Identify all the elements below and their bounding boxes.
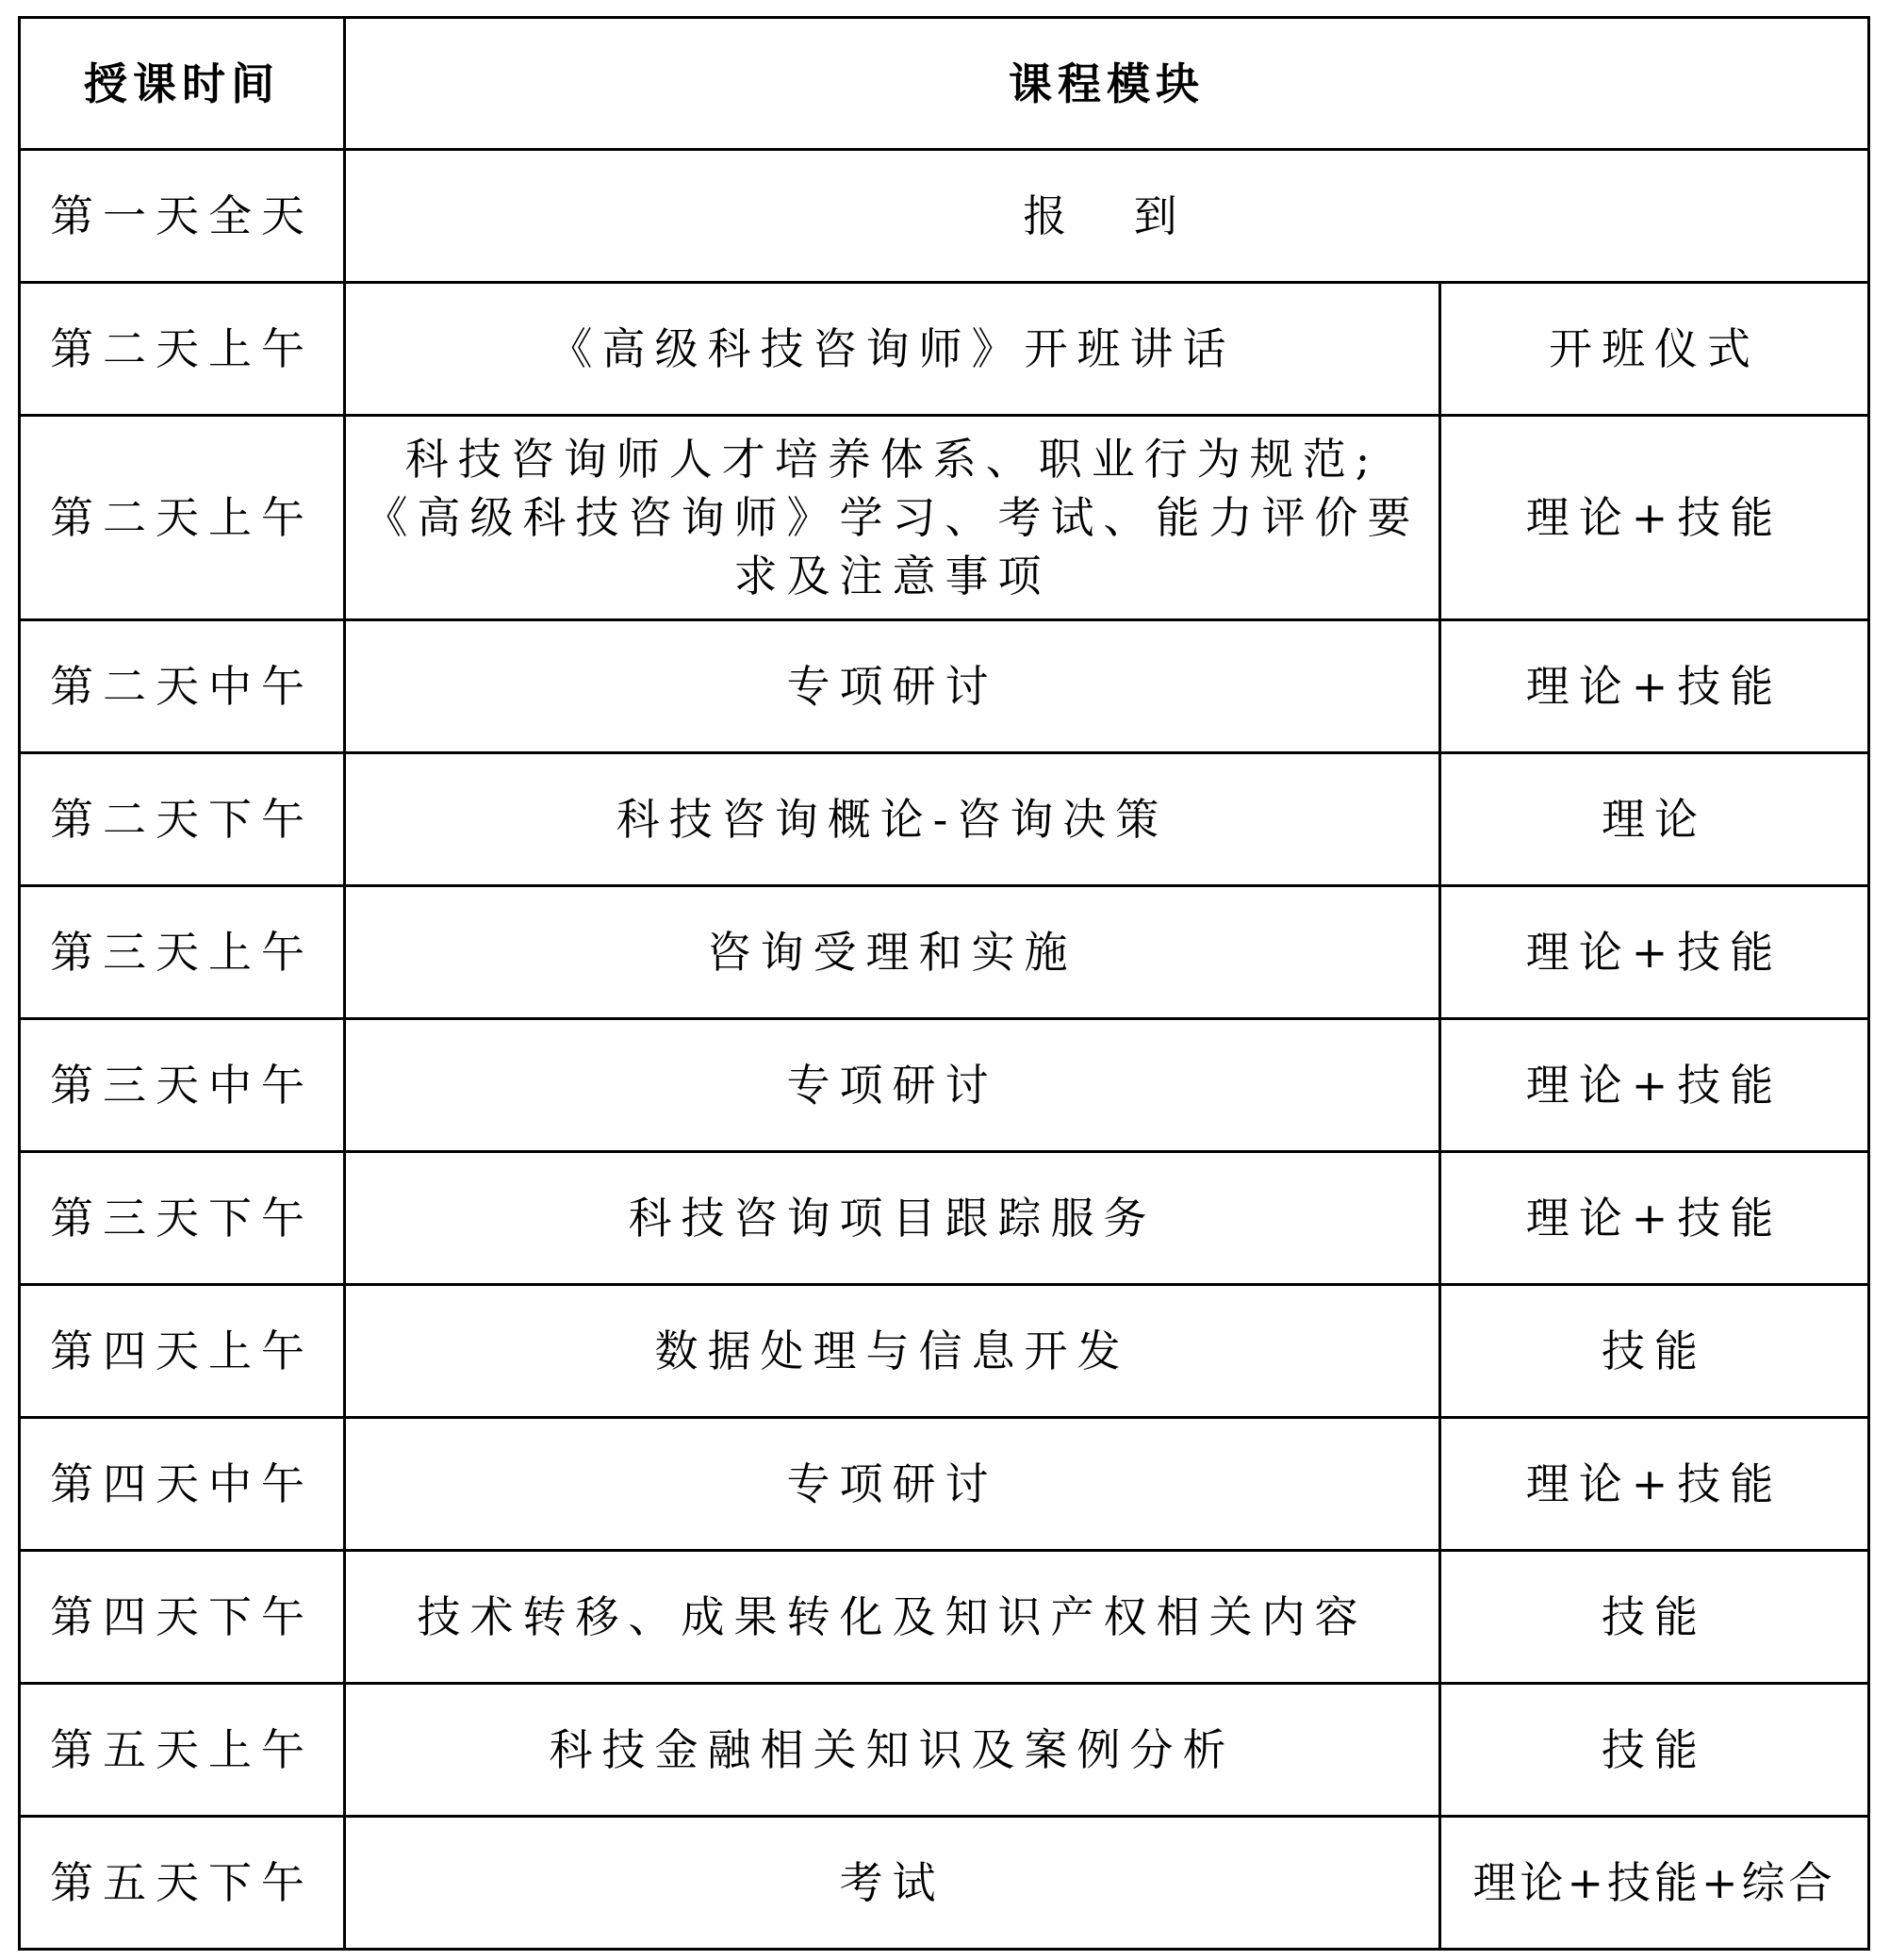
cell-content: 专项研讨: [345, 1418, 1440, 1551]
cell-time: 第二天下午: [20, 753, 345, 886]
cell-type: 理论+技能: [1440, 1152, 1869, 1285]
table-row: 第三天中午 专项研讨 理论+技能: [20, 1019, 1869, 1152]
cell-type: 理论+技能: [1440, 886, 1869, 1019]
cell-content: 技术转移、成果转化及知识产权相关内容: [345, 1551, 1440, 1684]
table-row: 第四天中午 专项研讨 理论+技能: [20, 1418, 1869, 1551]
table-row: 第二天上午 科技咨询师人才培养体系、职业行为规范;《高级科技咨询师》学习、考试、…: [20, 416, 1869, 620]
cell-time: 第五天下午: [20, 1817, 345, 1950]
cell-time: 第四天中午: [20, 1418, 345, 1551]
cell-content: 《高级科技咨询师》开班讲话: [345, 283, 1440, 416]
cell-type: 技能: [1440, 1551, 1869, 1684]
cell-content: 科技咨询概论-咨询决策: [345, 753, 1440, 886]
table-row: 第四天上午 数据处理与信息开发 技能: [20, 1285, 1869, 1418]
table-row: 第五天下午 考试 理论+技能+综合: [20, 1817, 1869, 1950]
cell-time: 第三天中午: [20, 1019, 345, 1152]
cell-type: 理论+技能: [1440, 620, 1869, 753]
cell-time: 第二天上午: [20, 416, 345, 620]
course-schedule-table: 授课时间 课程模块 第一天全天 报 到 第二天上午 《高级科技咨询师》开班讲话 …: [18, 16, 1870, 1951]
cell-content: 咨询受理和实施: [345, 886, 1440, 1019]
cell-content: 报 到: [345, 150, 1869, 283]
cell-time: 第二天上午: [20, 283, 345, 416]
table-header-row: 授课时间 课程模块: [20, 18, 1869, 150]
table-row: 第三天上午 咨询受理和实施 理论+技能: [20, 886, 1869, 1019]
cell-time: 第二天中午: [20, 620, 345, 753]
cell-content: 科技咨询师人才培养体系、职业行为规范;《高级科技咨询师》学习、考试、能力评价要求…: [345, 416, 1440, 620]
table-row: 第四天下午 技术转移、成果转化及知识产权相关内容 技能: [20, 1551, 1869, 1684]
table-row: 第五天上午 科技金融相关知识及案例分析 技能: [20, 1684, 1869, 1817]
cell-time: 第四天上午: [20, 1285, 345, 1418]
cell-time: 第三天上午: [20, 886, 345, 1019]
cell-time: 第三天下午: [20, 1152, 345, 1285]
cell-type: 理论+技能: [1440, 1418, 1869, 1551]
header-module: 课程模块: [345, 18, 1869, 150]
table-row: 第一天全天 报 到: [20, 150, 1869, 283]
cell-content: 科技咨询项目跟踪服务: [345, 1152, 1440, 1285]
cell-type: 理论+技能: [1440, 416, 1869, 620]
cell-time: 第五天上午: [20, 1684, 345, 1817]
cell-time: 第一天全天: [20, 150, 345, 283]
cell-content: 科技金融相关知识及案例分析: [345, 1684, 1440, 1817]
cell-type: 理论+技能+综合: [1440, 1817, 1869, 1950]
cell-type: 技能: [1440, 1285, 1869, 1418]
cell-content: 专项研讨: [345, 1019, 1440, 1152]
cell-time: 第四天下午: [20, 1551, 345, 1684]
cell-content: 数据处理与信息开发: [345, 1285, 1440, 1418]
cell-type: 技能: [1440, 1684, 1869, 1817]
cell-content: 考试: [345, 1817, 1440, 1950]
cell-type: 开班仪式: [1440, 283, 1869, 416]
cell-type: 理论: [1440, 753, 1869, 886]
table-row: 第二天中午 专项研讨 理论+技能: [20, 620, 1869, 753]
cell-content: 专项研讨: [345, 620, 1440, 753]
table-row: 第二天上午 《高级科技咨询师》开班讲话 开班仪式: [20, 283, 1869, 416]
cell-type: 理论+技能: [1440, 1019, 1869, 1152]
table-row: 第二天下午 科技咨询概论-咨询决策 理论: [20, 753, 1869, 886]
table-row: 第三天下午 科技咨询项目跟踪服务 理论+技能: [20, 1152, 1869, 1285]
header-time: 授课时间: [20, 18, 345, 150]
